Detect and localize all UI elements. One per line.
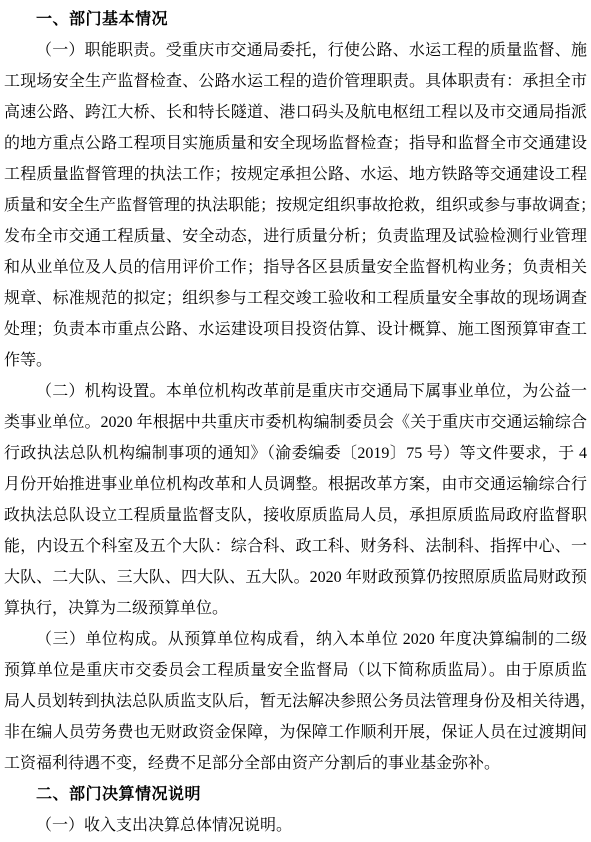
text-line: 处理；负责本市重点公路、水运建设项目投资估算、设计概算、施工图预算审查工: [4, 314, 587, 345]
text-line: 工程质量监督管理的执法工作；按规定承担公路、水运、地方铁路等交通建设工程: [4, 159, 587, 190]
text-line: 政执法总队设立工程质量监督支队，接收原质监局人员，承担原质监局政府监督职: [4, 500, 587, 531]
text-line: 工资福利待遇不变，经费不足部分全部由资产分割后的事业基金弥补。: [4, 748, 587, 779]
text-line: 工现场安全生产监督检查、公路水运工程的造价管理职责。具体职责有：承担全市: [4, 66, 587, 97]
text-line: 高速公路、跨江大桥、长和特长隧道、港口码头及航电枢纽工程以及市交通局指派: [4, 97, 587, 128]
paragraph-duties: （一）职能职责。受重庆市交通局委托，行使公路、水运工程的质量监督、施 工现场安全…: [4, 35, 587, 376]
text-line: （三）单位构成。从预算单位构成看，纳入本单位 2020 年度决算编制的二级: [4, 624, 587, 655]
text-line: 的地方重点公路工程项目实施质量和安全现场监督检查；指导和监督全市交通建设: [4, 128, 587, 159]
text-line: （一）收入支出决算总体情况说明。: [4, 810, 587, 841]
text-line: 和从业单位及人员的信用评价工作；指导各区县质量安全监督机构业务；负责相关: [4, 252, 587, 283]
text-line: 质量和安全生产监督管理的执法职能；按规定组织事故抢救，组织或参与事故调查；: [4, 190, 587, 221]
text-line: 局人员划转到执法总队质监支队后，暂无法解决参照公务员法管理身份及相关待遇，: [4, 686, 587, 717]
text-line: 发布全市交通工程质量、安全动态，进行质量分析；负责监理及试验检测行业管理: [4, 221, 587, 252]
text-line: 非在编人员劳务费也无财政资金保障，为保障工作顺利开展，保证人员在过渡期间: [4, 717, 587, 748]
document-page: 一、部门基本情况 （一）职能职责。受重庆市交通局委托，行使公路、水运工程的质量监…: [0, 0, 591, 842]
text-line: （一）职能职责。受重庆市交通局委托，行使公路、水运工程的质量监督、施: [4, 35, 587, 66]
section-1-heading: 一、部门基本情况: [4, 4, 587, 35]
paragraph-unit-composition: （三）单位构成。从预算单位构成看，纳入本单位 2020 年度决算编制的二级 预算…: [4, 624, 587, 779]
text-line: （二）机构设置。本单位机构改革前是重庆市交通局下属事业单位，为公益一: [4, 376, 587, 407]
text-line: 规章、标准规范的拟定；组织参与工程交竣工验收和工程质量安全事故的现场调查: [4, 283, 587, 314]
text-line: 预算单位是重庆市交委员会工程质量安全监督局（以下简称质监局）。由于原质监: [4, 655, 587, 686]
text-line: 月份开始推进事业单位机构改革和人员调整。根据改革方案，由市交通运输综合行: [4, 469, 587, 500]
paragraph-org-setup: （二）机构设置。本单位机构改革前是重庆市交通局下属事业单位，为公益一 类事业单位…: [4, 376, 587, 624]
section-2-heading: 二、部门决算情况说明: [4, 779, 587, 810]
text-line: 大队、二大队、三大队、四大队、五大队。2020 年财政预算仍按照原质监局财政预: [4, 562, 587, 593]
text-line: 作等。: [4, 345, 587, 376]
text-line: 能，内设五个科室及五个大队：综合科、政工科、财务科、法制科、指挥中心、一: [4, 531, 587, 562]
text-line: 类事业单位。2020 年根据中共重庆市委机构编制委员会《关于重庆市交通运输综合: [4, 407, 587, 438]
paragraph-income-expense-intro: （一）收入支出决算总体情况说明。: [4, 810, 587, 841]
text-line: 算执行，决算为二级预算单位。: [4, 593, 587, 624]
text-line: 行政执法总队机构编制事项的通知》（渝委编委〔2019〕75 号）等文件要求，于 …: [4, 438, 587, 469]
